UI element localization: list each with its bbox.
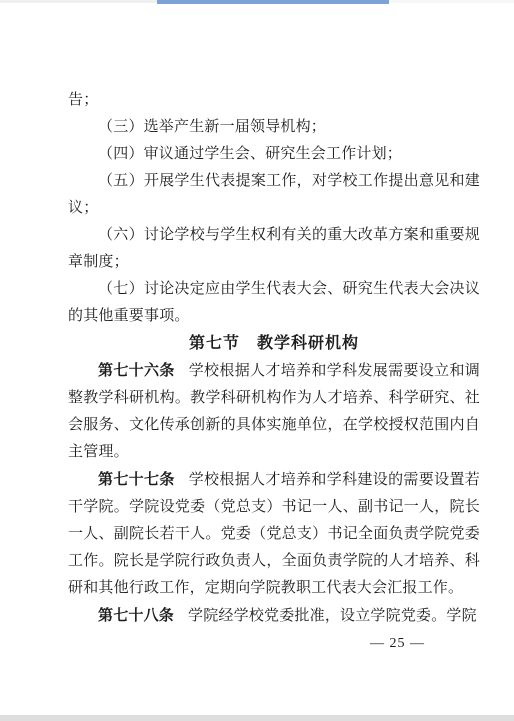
article-78: 第七十八条学院经学校党委批准，设立学院党委。学院 bbox=[68, 602, 480, 630]
clause-item-4: （四）审议通过学生会、研究生会工作计划； bbox=[68, 141, 480, 168]
section-heading: 第七节 教学科研机构 bbox=[68, 330, 480, 357]
clause-item-7: （七）讨论决定应由学生代表大会、研究生代表大会决议的其他重要事项。 bbox=[68, 276, 480, 330]
page-number: — 25 — bbox=[68, 630, 480, 657]
clause-item-3: （三）选举产生新一届领导机构； bbox=[68, 114, 480, 141]
document-page: 告； （三）选举产生新一届领导机构； （四）审议通过学生会、研究生会工作计划； … bbox=[68, 0, 480, 657]
article-77-text: 学校根据人才培养和学科建设的需要设置若干学院。学院设党委（党总支）书记一人、副书… bbox=[68, 472, 480, 596]
article-78-text: 学院经学校党委批准，设立学院党委。学院 bbox=[188, 608, 477, 624]
article-78-number: 第七十八条 bbox=[98, 607, 174, 624]
article-77: 第七十七条学校根据人才培养和学科建设的需要设置若干学院。学院设党委（党总支）书记… bbox=[68, 466, 480, 602]
article-76-number: 第七十六条 bbox=[98, 362, 175, 379]
page-gap-bar bbox=[0, 715, 514, 721]
paragraph-continuation: 告； bbox=[68, 87, 480, 114]
clause-item-6: （六）讨论学校与学生权利有关的重大改革方案和重要规章制度； bbox=[68, 222, 480, 276]
article-77-number: 第七十七条 bbox=[98, 471, 175, 488]
article-76: 第七十六条学校根据人才培养和学科发展需要设立和调整教学科研机构。教学科研机构作为… bbox=[68, 357, 480, 466]
clause-item-5: （五）开展学生代表提案工作，对学校工作提出意见和建议； bbox=[68, 168, 480, 222]
